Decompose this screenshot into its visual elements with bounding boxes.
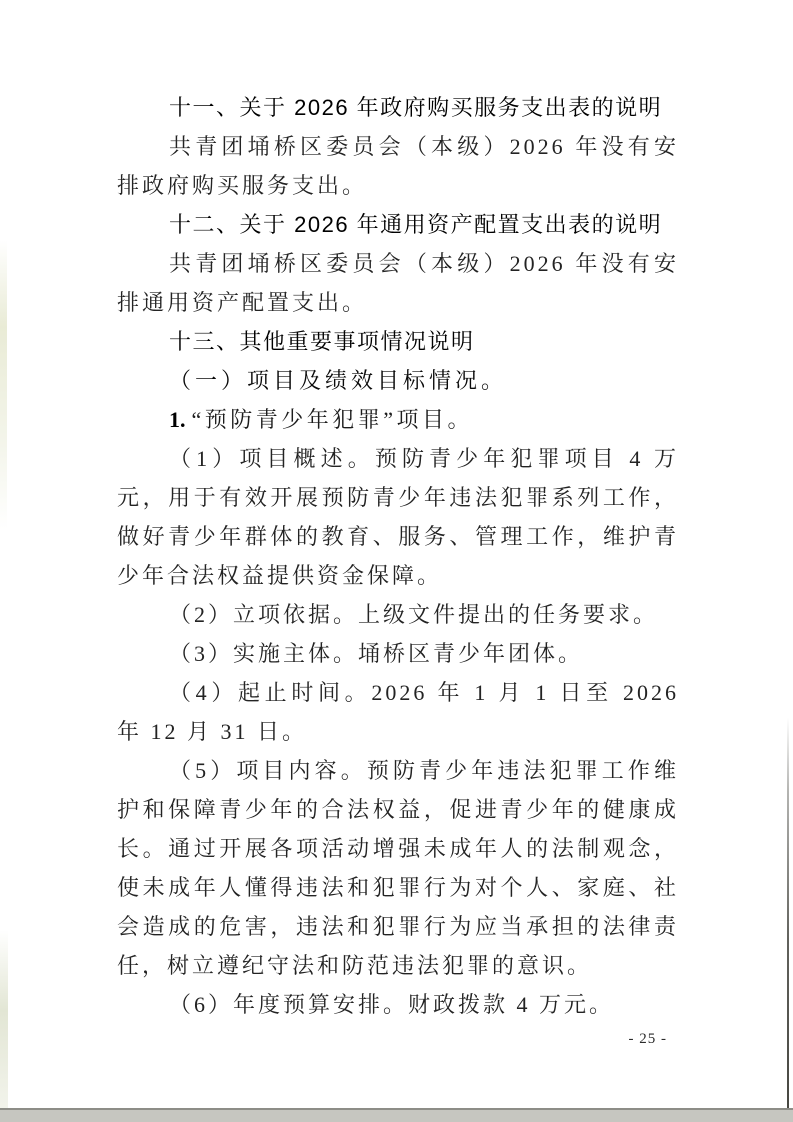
project-item-title: 1.“预防青少年犯罪”项目。	[117, 400, 679, 439]
paragraph-project-duration: （4）起止时间。2026 年 1 月 1 日至 2026 年 12 月 31 日…	[117, 673, 679, 751]
scan-smudge-artifact	[0, 240, 7, 530]
paragraph-project-overview: （1）项目概述。预防青少年犯罪项目 4 万元，用于有效开展预防青少年违法犯罪系列…	[117, 439, 679, 595]
section-heading-12: 十二、关于 2026 年通用资产配置支出表的说明	[117, 205, 679, 244]
document-content: 十一、关于 2026 年政府购买服务支出表的说明 共青团埇桥区委员会（本级）20…	[117, 88, 679, 1024]
page-number: - 25 -	[629, 1031, 668, 1048]
section-heading-13: 十三、其他重要事项情况说明	[117, 322, 679, 361]
scan-page-edge-bottom	[0, 1108, 793, 1122]
paragraph-12-body: 共青团埇桥区委员会（本级）2026 年没有安排通用资产配置支出。	[117, 244, 679, 322]
paragraph-11-body: 共青团埇桥区委员会（本级）2026 年没有安排政府购买服务支出。	[117, 127, 679, 205]
section-heading-11: 十一、关于 2026 年政府购买服务支出表的说明	[117, 88, 679, 127]
scan-page-edge-right	[787, 718, 789, 1122]
scan-smudge-artifact	[0, 930, 8, 1110]
paragraph-project-basis: （2）立项依据。上级文件提出的任务要求。	[117, 595, 679, 634]
document-page: 十一、关于 2026 年政府购买服务支出表的说明 共青团埇桥区委员会（本级）20…	[0, 0, 793, 1122]
project-item-title-text: “预防青少年犯罪”项目。	[192, 407, 474, 432]
project-item-number: 1.	[169, 407, 186, 432]
paragraph-project-budget: （6）年度预算安排。财政拨款 4 万元。	[117, 985, 679, 1024]
paragraph-project-implementer: （3）实施主体。埇桥区青少年团体。	[117, 634, 679, 673]
subsection-heading-1: （一）项目及绩效目标情况。	[117, 361, 679, 400]
paragraph-project-content: （5）项目内容。预防青少年违法犯罪工作维护和保障青少年的合法权益，促进青少年的健…	[117, 751, 679, 985]
